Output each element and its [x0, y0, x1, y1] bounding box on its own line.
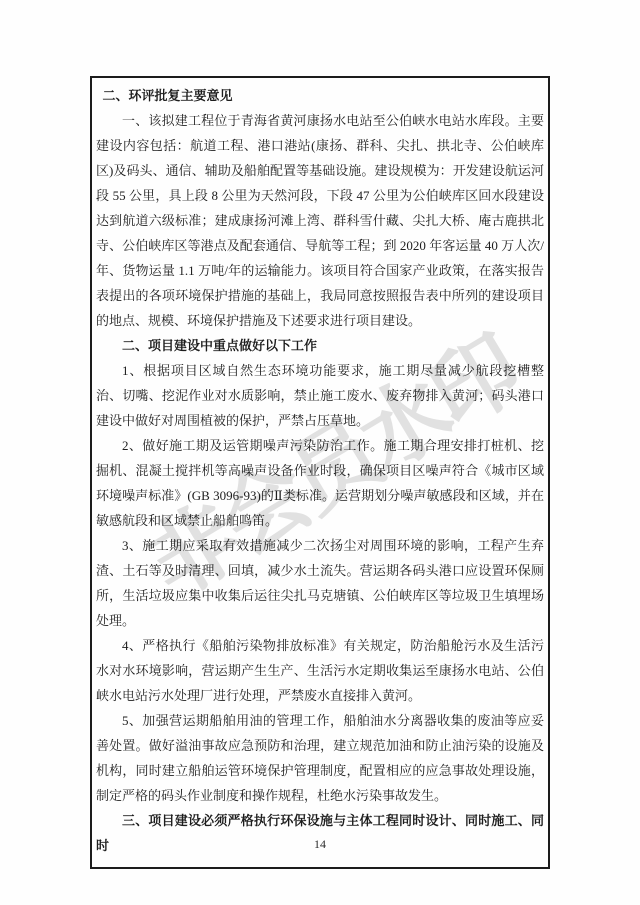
- paragraph-item-4: 4、严格执行《船舶污染物排放标准》有关规定，防治船舱污水及生活污水对水环境影响，…: [96, 633, 544, 708]
- approval-opinion-table-cell: 二、环评批复主要意见 一、该拟建工程位于青海省黄河康扬水电站至公伯峡水电站水库段…: [90, 76, 550, 869]
- paragraph-project-overview: 一、该拟建工程位于青海省黄河康扬水电站至公伯峡水电站水库段。主要建设内容包括：航…: [96, 108, 544, 333]
- paragraph-item-3: 3、施工期应采取有效措施减少二次扬尘对周围环境的影响，工程产生弃渣、土石等及时清…: [96, 533, 544, 633]
- paragraph-item-2: 2、做好施工期及运管期噪声污染防治工作。施工期合理安排打桩机、挖掘机、混凝土搅拌…: [96, 433, 544, 533]
- paragraph-item-1: 1、根据项目区域自然生态环境功能要求，施工期尽量减少航段挖槽整治、切嘴、挖泥作业…: [96, 358, 544, 433]
- sub-section-heading: 二、项目建设中重点做好以下工作: [96, 333, 544, 358]
- page-number: 14: [90, 837, 550, 852]
- section-heading: 二、环评批复主要意见: [96, 83, 544, 108]
- paragraph-item-5: 5、加强营运期船舶用油的管理工作，船舶油水分离器收集的废油等应妥善处置。做好溢油…: [96, 708, 544, 808]
- document-page: 非会员水印 二、环评批复主要意见 一、该拟建工程位于青海省黄河康扬水电站至公伯峡…: [0, 0, 640, 905]
